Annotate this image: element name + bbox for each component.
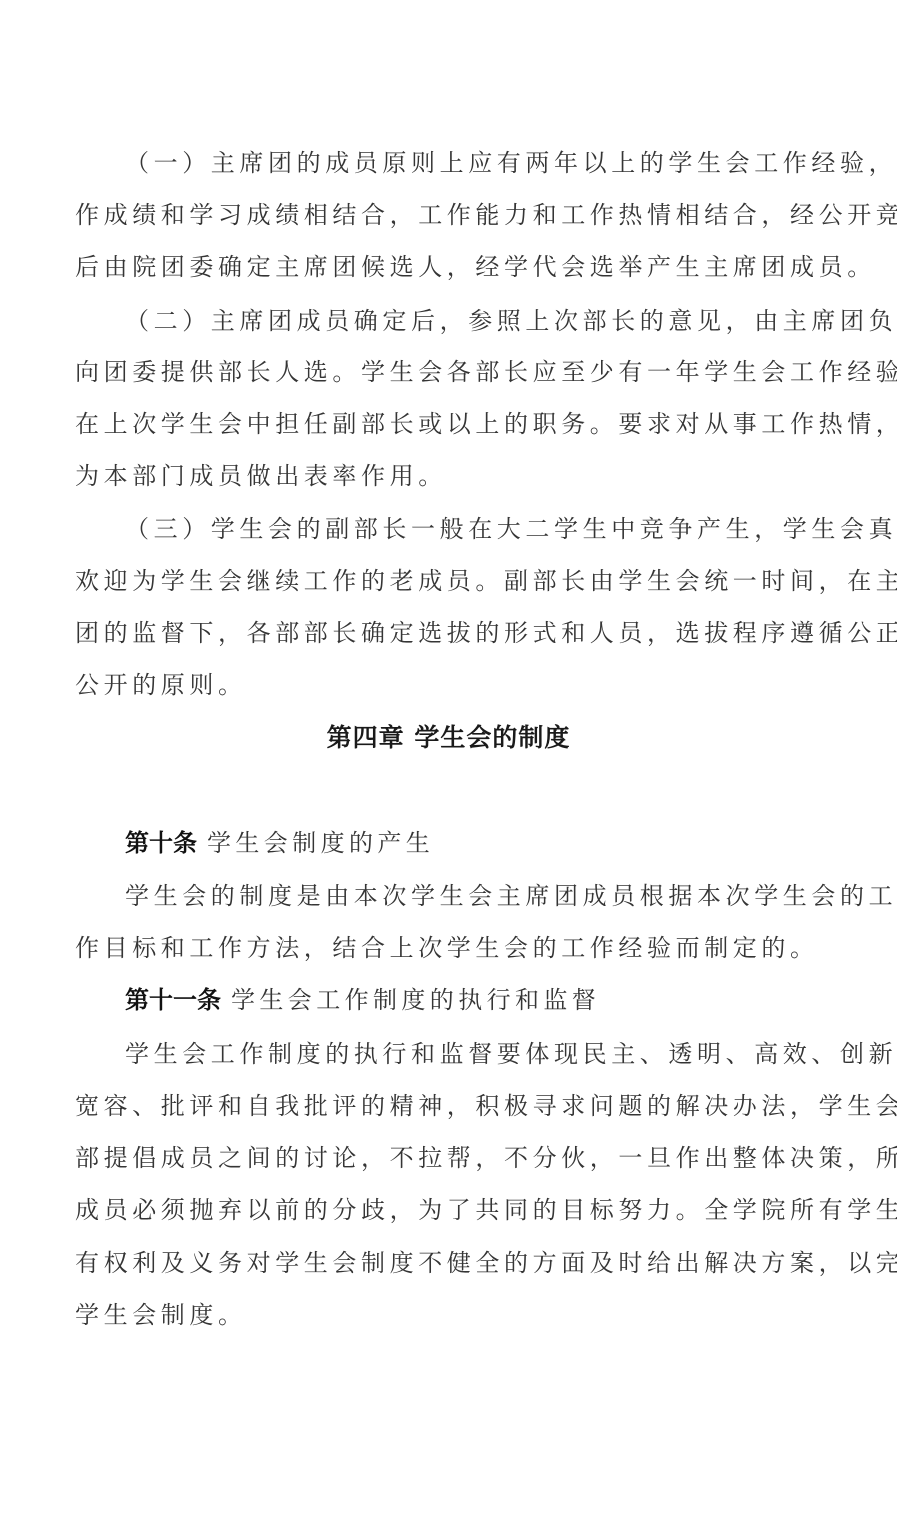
article-title: 学生会工作制度的执行和监督 <box>231 986 600 1014</box>
paragraph-line: 部提倡成员之间的讨论，不拉帮，不分伙，一旦作出整体决策，所有 <box>75 1143 835 1173</box>
paragraph-line: 有权利及义务对学生会制度不健全的方面及时给出解决方案，以完善 <box>75 1248 835 1278</box>
paragraph-line: （一）主席团的成员原则上应有两年以上的学生会工作经验，工 <box>125 148 885 178</box>
article-number: 第十一条 <box>125 986 221 1014</box>
paragraph-line: 在上次学生会中担任副部长或以上的职务。要求对从事工作热情，能 <box>75 409 835 439</box>
paragraph-line: 公开的原则。 <box>75 670 835 700</box>
paragraph-line: 后由院团委确定主席团候选人，经学代会选举产生主席团成员。 <box>75 252 835 282</box>
paragraph-line: 学生会工作制度的执行和监督要体现民主、透明、高效、创新、 <box>125 1039 885 1069</box>
chapter-title: 第四章 学生会的制度 <box>0 723 897 753</box>
paragraph-line: 成员必须抛弃以前的分歧，为了共同的目标努力。全学院所有学生均 <box>75 1195 835 1225</box>
paragraph-line: （三）学生会的副部长一般在大二学生中竞争产生，学生会真诚 <box>125 514 885 544</box>
paragraph-line: （二）主席团成员确定后，参照上次部长的意见，由主席团负责 <box>125 306 885 336</box>
paragraph-line: 宽容、批评和自我批评的精神，积极寻求问题的解决办法，学生会内 <box>75 1091 835 1121</box>
paragraph-line: 为本部门成员做出表率作用。 <box>75 461 835 491</box>
paragraph-line: 作目标和工作方法，结合上次学生会的工作经验而制定的。 <box>75 933 835 963</box>
article-title: 学生会制度的产生 <box>207 829 434 857</box>
article-number: 第十条 <box>125 829 197 857</box>
paragraph-line: 向团委提供部长人选。学生会各部长应至少有一年学生会工作经验， <box>75 357 835 387</box>
document-page: （一）主席团的成员原则上应有两年以上的学生会工作经验，工 作成绩和学习成绩相结合… <box>0 0 897 1527</box>
paragraph-line: 作成绩和学习成绩相结合，工作能力和工作热情相结合，经公开竞选 <box>75 200 835 230</box>
paragraph-line: 欢迎为学生会继续工作的老成员。副部长由学生会统一时间，在主席 <box>75 566 835 596</box>
paragraph-line: 学生会制度。 <box>75 1300 835 1330</box>
paragraph-line: 学生会的制度是由本次学生会主席团成员根据本次学生会的工 <box>125 881 885 911</box>
paragraph-line: 团的监督下，各部部长确定选拔的形式和人员，选拔程序遵循公正、 <box>75 618 835 648</box>
article-heading: 第十条学生会制度的产生 <box>125 828 434 858</box>
article-heading: 第十一条学生会工作制度的执行和监督 <box>125 985 600 1015</box>
